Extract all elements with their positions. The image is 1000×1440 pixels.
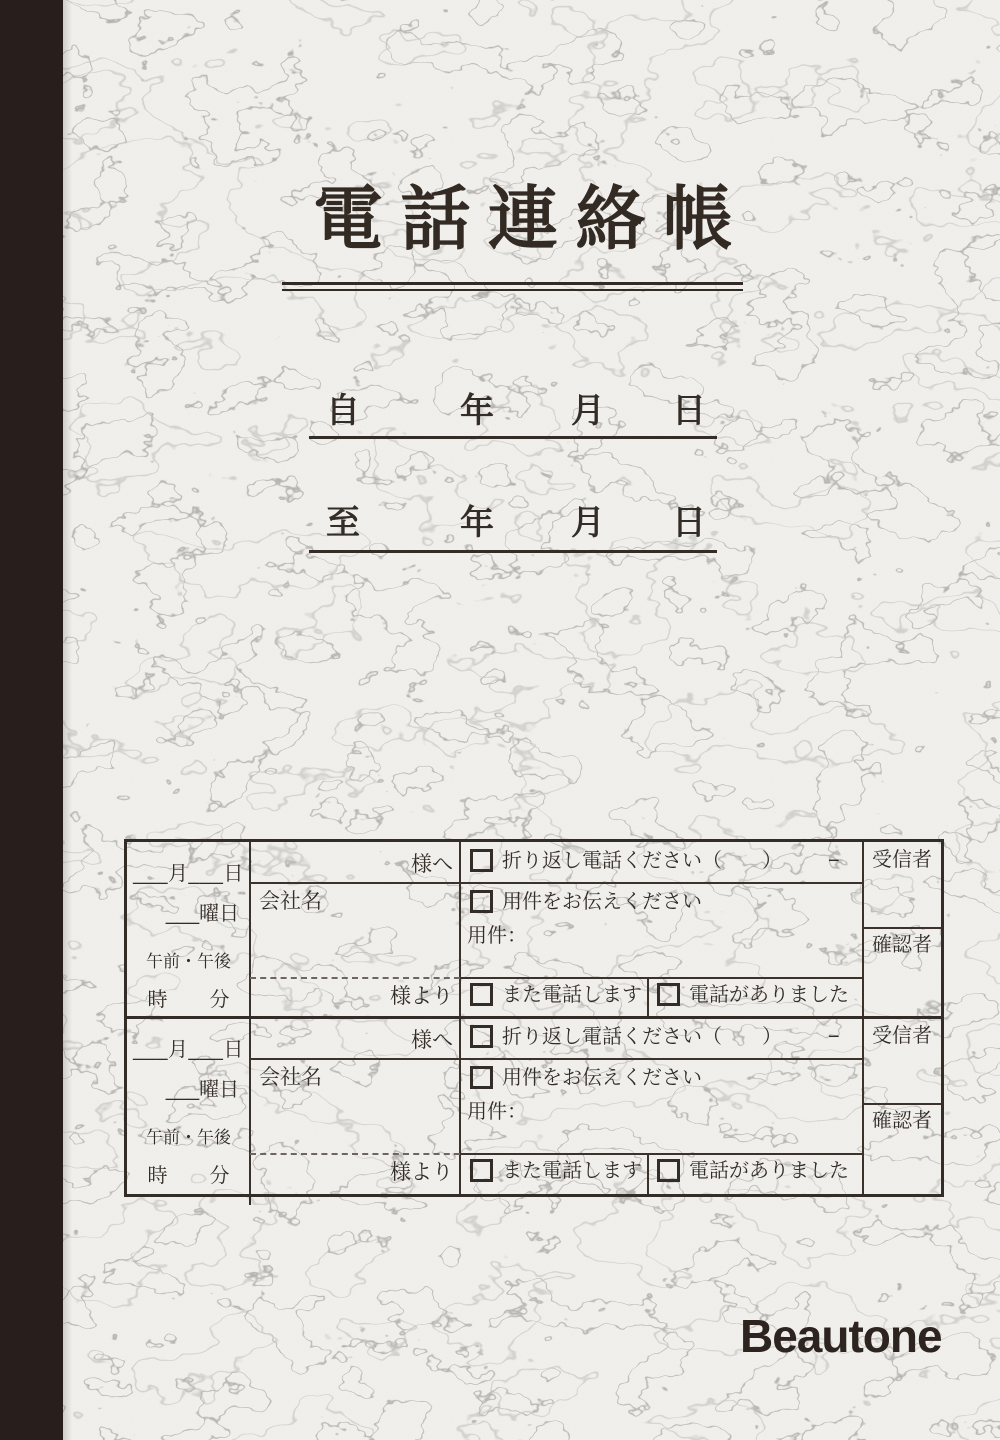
spine	[0, 0, 63, 1440]
checkbox-tell-matter[interactable]	[470, 1066, 493, 1089]
minute-label: 分	[210, 990, 230, 1010]
cover-title: 電話連絡帳	[63, 186, 983, 256]
option-had-call-label: 電話がありました	[689, 985, 849, 1005]
date-from-row: 自 年 月 日	[0, 394, 1000, 434]
date-from-year: 年	[460, 394, 494, 428]
divider-dashed	[250, 977, 460, 979]
divider-options	[647, 978, 649, 1018]
option-callback-label: 折り返し電話ください（ ）	[502, 1027, 782, 1047]
divider-dashed	[250, 1153, 460, 1155]
date-from-day: 日	[672, 394, 706, 428]
from-honorific: 様より	[250, 1162, 453, 1183]
divider-row-to	[250, 882, 863, 884]
divider-row-options	[460, 1153, 863, 1155]
phone-dash: −	[828, 851, 840, 871]
matter-label: 用件：	[467, 1102, 527, 1122]
checkbox-call-again[interactable]	[470, 983, 493, 1006]
option-call-again: また電話します	[470, 1159, 642, 1182]
option-callback: 折り返し電話ください（ ） −	[470, 849, 840, 872]
message-section-1: ___月___日 ___曜日 午前・午後 時 分 様へ 会社名 様より 折り返し…	[127, 842, 941, 1018]
divider-col1-tail	[249, 1194, 251, 1205]
confirmer-label: 確認者	[863, 1111, 941, 1131]
receiver-label: 受信者	[863, 1026, 941, 1046]
hour-label: 時	[148, 1166, 168, 1186]
option-callback: 折り返し電話ください（ ） −	[470, 1025, 840, 1048]
matter-label: 用件：	[467, 926, 527, 946]
weekday-blank[interactable]: ___曜日	[155, 1080, 250, 1100]
brand-logo: Beautone	[740, 1313, 942, 1359]
checkbox-callback[interactable]	[470, 849, 493, 872]
option-call-again-label: また電話します	[502, 1161, 642, 1181]
divider-receiver-confirmer	[863, 1103, 941, 1105]
notebook-cover: 電話連絡帳 自 年 月 日 至 年 月 日 ___月___日 ___曜日 午前・…	[0, 0, 1000, 1440]
date-to-row: 至 年 月 日	[0, 506, 1000, 546]
checkbox-had-call[interactable]	[657, 983, 680, 1006]
option-tell-matter-label: 用件をお伝えください	[502, 1068, 702, 1088]
time-blank[interactable]: 時 分	[127, 990, 250, 1010]
divider-col2	[459, 1018, 461, 1194]
confirmer-label: 確認者	[863, 935, 941, 955]
option-had-call-label: 電話がありました	[689, 1161, 849, 1181]
date-from-underline	[309, 436, 717, 439]
receiver-label: 受信者	[863, 850, 941, 870]
option-tell-matter: 用件をお伝えください	[470, 890, 702, 913]
option-tell-matter: 用件をお伝えください	[470, 1066, 702, 1089]
date-to-year: 年	[460, 506, 494, 540]
option-had-call: 電話がありました	[657, 1159, 849, 1182]
divider-col4	[862, 842, 864, 1018]
message-section-2: ___月___日 ___曜日 午前・午後 時 分 様へ 会社名 様より 折り返し…	[127, 1018, 941, 1194]
phone-dash: −	[828, 1027, 840, 1047]
from-honorific: 様より	[250, 986, 453, 1007]
date-to-month: 月	[571, 506, 605, 540]
time-blank[interactable]: 時 分	[127, 1166, 250, 1186]
divider-col2	[459, 842, 461, 1018]
company-label: 会社名	[259, 1067, 322, 1088]
to-honorific: 様へ	[250, 1030, 453, 1051]
to-honorific: 様へ	[250, 854, 453, 875]
hour-label: 時	[148, 990, 168, 1010]
date-from-month: 月	[571, 394, 605, 428]
divider-row-to	[250, 1058, 863, 1060]
divider-receiver-confirmer	[863, 927, 941, 929]
message-form-table: ___月___日 ___曜日 午前・午後 時 分 様へ 会社名 様より 折り返し…	[124, 839, 944, 1197]
divider-options	[647, 1154, 649, 1194]
checkbox-call-again[interactable]	[470, 1159, 493, 1182]
checkbox-tell-matter[interactable]	[470, 890, 493, 913]
divider-col1	[249, 842, 251, 1018]
option-call-again-label: また電話します	[502, 985, 642, 1005]
option-had-call: 電話がありました	[657, 983, 849, 1006]
option-tell-matter-label: 用件をお伝えください	[502, 892, 702, 912]
weekday-blank[interactable]: ___曜日	[155, 904, 250, 924]
option-callback-label: 折り返し電話ください（ ）	[502, 851, 782, 871]
company-label: 会社名	[259, 891, 322, 912]
ampm-label[interactable]: 午前・午後	[127, 1129, 250, 1146]
date-to-prefix: 至	[326, 506, 360, 540]
date-from-prefix: 自	[326, 394, 360, 428]
divider-row-options	[460, 977, 863, 979]
checkbox-callback[interactable]	[470, 1025, 493, 1048]
date-to-day: 日	[672, 506, 706, 540]
date-to-underline	[309, 550, 717, 553]
date-blank[interactable]: ___月___日	[127, 1040, 250, 1060]
date-blank[interactable]: ___月___日	[127, 864, 250, 884]
ampm-label[interactable]: 午前・午後	[127, 953, 250, 970]
minute-label: 分	[210, 1166, 230, 1186]
section-divider	[127, 1016, 941, 1019]
option-call-again: また電話します	[470, 983, 642, 1006]
divider-col1	[249, 1018, 251, 1194]
checkbox-had-call[interactable]	[657, 1159, 680, 1182]
divider-col4	[862, 1018, 864, 1194]
title-double-rule	[282, 282, 743, 291]
